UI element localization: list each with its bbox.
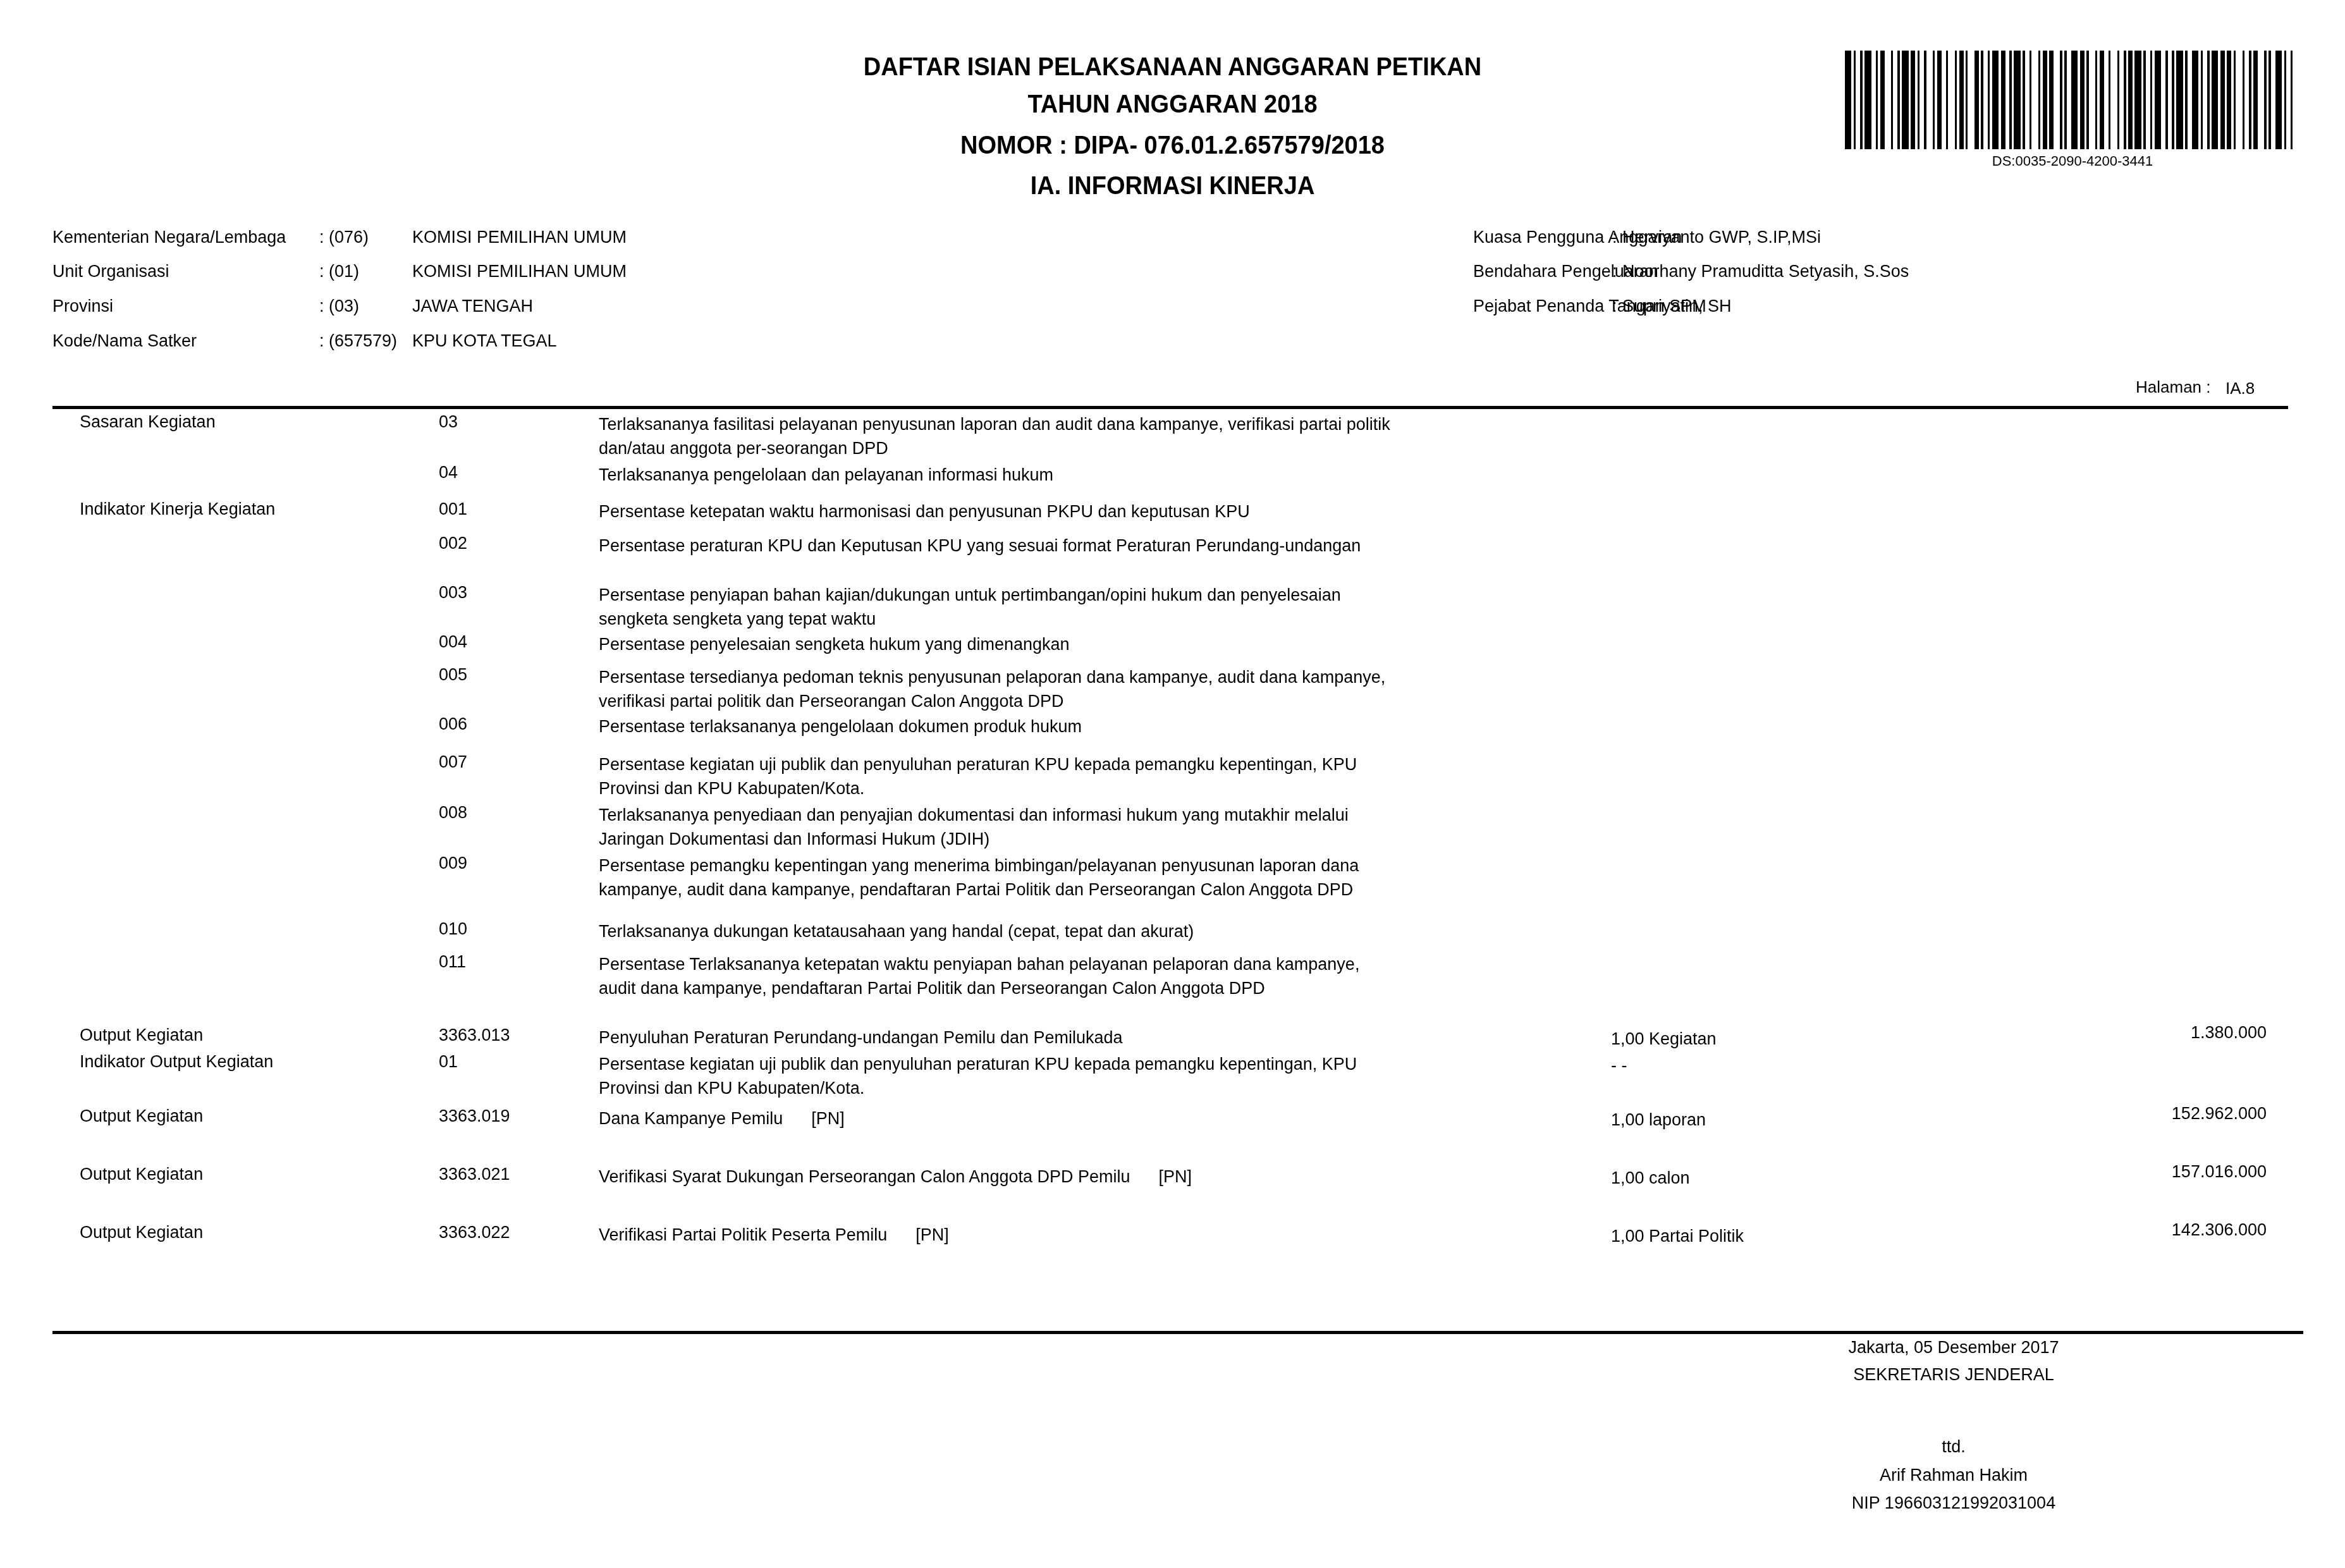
top-divider	[52, 406, 2288, 409]
barcode-bar	[2192, 51, 2198, 149]
row-description: Terlaksananya fasilitasi pelayanan penyu…	[599, 412, 1395, 460]
row-amount: 152.962.000	[2172, 1104, 2267, 1124]
barcode-bar	[2031, 51, 2038, 149]
row-code: 004	[439, 630, 467, 654]
barcode-bar	[1992, 51, 1999, 149]
barcode-bar	[2128, 51, 2133, 149]
barcode-bar	[1911, 51, 1915, 149]
info-code: : (01)	[319, 262, 359, 281]
info-code: : (076)	[319, 228, 369, 247]
barcode-bar	[2155, 51, 2161, 149]
barcode-bar	[2054, 51, 2060, 149]
barcode-bar	[2071, 51, 2078, 149]
info-code: : (657579)	[319, 331, 397, 351]
row-description: Persentase ketepatan waktu harmonisasi d…	[599, 499, 1395, 524]
barcode-bar	[1942, 51, 1946, 149]
row-description: Terlaksananya penyediaan dan penyajian d…	[599, 803, 1395, 851]
row-description: Persentase kegiatan uji publik dan penyu…	[599, 752, 1395, 800]
barcode-bar	[1919, 51, 1924, 149]
row-code: 3363.013	[439, 1023, 510, 1047]
barcode-bar	[2161, 51, 2165, 149]
row-category: Output Kegiatan	[80, 1023, 203, 1047]
info-separator: :	[1612, 262, 1617, 281]
row-code: 003	[439, 580, 467, 604]
row-category: Output Kegiatan	[80, 1104, 203, 1128]
barcode-bar	[2080, 51, 2085, 149]
info-label: Kode/Nama Satker	[52, 331, 197, 351]
row-code: 010	[439, 917, 467, 941]
row-code: 01	[439, 1050, 458, 1074]
row-amount: 157.016.000	[2172, 1162, 2267, 1182]
row-code: 03	[439, 410, 458, 434]
page-label: Halaman :	[2136, 377, 2211, 397]
row-volume: - -	[1611, 1053, 1627, 1077]
barcode-bar	[1902, 51, 1908, 149]
barcode-bar	[2014, 51, 2020, 149]
row-code: 04	[439, 460, 458, 484]
barcode-bar	[2049, 51, 2054, 149]
row-category: Sasaran Kegiatan	[80, 410, 216, 434]
row-volume: 1,00 laporan	[1611, 1108, 1706, 1132]
row-code: 002	[439, 531, 467, 555]
row-code: 3363.019	[439, 1104, 510, 1128]
row-code: 001	[439, 497, 467, 521]
row-amount: 1.380.000	[2191, 1023, 2267, 1043]
info-label: Provinsi	[52, 297, 113, 316]
row-category: Output Kegiatan	[80, 1162, 203, 1186]
row-description: Terlaksananya dukungan ketatausahaan yan…	[599, 919, 1395, 943]
signature-place-date: Jakarta, 05 Desember 2017	[1821, 1338, 2086, 1357]
signature-ttd: ttd.	[1821, 1437, 2086, 1457]
info-label: Kementerian Negara/Lembaga	[52, 228, 286, 247]
info-value: KOMISI PEMILIHAN UMUM	[412, 262, 627, 281]
row-volume: 1,00 Partai Politik	[1611, 1224, 1744, 1248]
barcode-bar	[1926, 51, 1933, 149]
row-code: 3363.022	[439, 1220, 510, 1244]
barcode-bar	[1959, 51, 1964, 149]
barcode-bar	[2236, 51, 2242, 149]
row-category: Indikator Kinerja Kegiatan	[80, 497, 275, 521]
barcode-bar	[1968, 51, 1974, 149]
info-value: JAWA TENGAH	[412, 297, 533, 316]
barcode-icon	[1845, 51, 2300, 149]
info-value: Supriyatin, SH	[1622, 297, 1732, 316]
row-description: Persentase kegiatan uji publik dan penyu…	[599, 1052, 1395, 1100]
barcode-bar	[1871, 51, 1876, 149]
barcode-bar	[2100, 51, 2104, 149]
row-code: 008	[439, 800, 467, 824]
row-code: 011	[439, 950, 466, 974]
barcode-bar	[2168, 51, 2172, 149]
row-volume: 1,00 Kegiatan	[1611, 1027, 1717, 1051]
barcode-bar	[1864, 51, 1871, 149]
barcode-bar	[2005, 51, 2010, 149]
row-volume: 1,00 calon	[1611, 1166, 1690, 1190]
barcode-bar	[2275, 51, 2282, 149]
barcode-bar	[2286, 51, 2291, 149]
page-number: IA.8	[2226, 379, 2255, 398]
row-code: 3363.021	[439, 1162, 510, 1186]
row-description: Persentase terlaksananya pengelolaan dok…	[599, 714, 1395, 738]
row-code: 006	[439, 712, 467, 736]
info-separator: :	[1612, 228, 1617, 247]
barcode-bar	[1975, 51, 1979, 149]
row-category: Indikator Output Kegiatan	[80, 1050, 273, 1074]
barcode-bar	[1948, 51, 1954, 149]
barcode-bar	[2258, 51, 2264, 149]
barcode-bar	[1885, 51, 1891, 149]
row-description: Persentase penyelesaian sengketa hukum y…	[599, 632, 1395, 656]
barcode-bar	[2253, 51, 2258, 149]
barcode-bar	[1856, 51, 1860, 149]
row-code: 005	[439, 663, 467, 687]
row-description: Verifikasi Syarat Dukungan Perseorangan …	[599, 1165, 1395, 1189]
row-description: Persentase tersedianya pedoman teknis pe…	[599, 665, 1395, 713]
row-description: Persentase peraturan KPU dan Keputusan K…	[599, 534, 1395, 558]
barcode-bar	[2067, 51, 2071, 149]
barcode-bar	[2244, 51, 2249, 149]
barcode-bar	[2001, 51, 2005, 149]
barcode-bar	[2134, 51, 2141, 149]
section-title: IA. INFORMASI KINERJA	[59, 172, 2287, 200]
info-label: Unit Organisasi	[52, 262, 169, 281]
barcode-bar	[1983, 51, 1988, 149]
signature-name: Arif Rahman Hakim	[1821, 1466, 2086, 1485]
barcode-bar	[2119, 51, 2124, 149]
barcode-bar	[2203, 51, 2207, 149]
barcode-bar	[2188, 51, 2192, 149]
info-value: KPU KOTA TEGAL	[412, 331, 557, 351]
info-separator: :	[1612, 297, 1617, 316]
row-description: Penyuluhan Peraturan Perundang-undangan …	[599, 1026, 1395, 1050]
barcode-bar	[1937, 51, 1942, 149]
barcode-bar	[2025, 51, 2030, 149]
row-description: Persentase Terlaksananya ketepatan waktu…	[599, 952, 1395, 1000]
barcode-bar	[1845, 51, 1851, 149]
barcode-bar	[2271, 51, 2275, 149]
barcode-bar	[2220, 51, 2225, 149]
barcode-bar	[2293, 51, 2299, 149]
barcode-bar	[2043, 51, 2047, 149]
row-description: Verifikasi Partai Politik Peserta Pemilu…	[599, 1223, 1395, 1247]
row-code: 009	[439, 851, 467, 875]
row-category: Output Kegiatan	[80, 1220, 203, 1244]
barcode-bar	[1880, 51, 1885, 149]
info-value: Noorhany Pramuditta Setyasih, S.Sos	[1622, 262, 1909, 281]
info-code: : (03)	[319, 297, 359, 316]
barcode-label: DS:0035-2090-4200-3441	[1845, 153, 2300, 169]
row-amount: 142.306.000	[2172, 1220, 2267, 1240]
info-value: KOMISI PEMILIHAN UMUM	[412, 228, 627, 247]
row-description: Persentase penyiapan bahan kajian/dukung…	[599, 583, 1395, 631]
row-description: Terlaksananya pengelolaan dan pelayanan …	[599, 463, 1395, 487]
info-value: Herviyanto GWP, S.IP,MSi	[1622, 228, 1821, 247]
barcode-bar	[2212, 51, 2218, 149]
signature-nip: NIP 196603121992031004	[1821, 1493, 2086, 1513]
row-description: Dana Kampanye Pemilu [PN]	[599, 1106, 1395, 1130]
barcode-bar	[2176, 51, 2183, 149]
bottom-divider	[52, 1331, 2303, 1334]
barcode-bar	[2089, 51, 2095, 149]
barcode-bar	[2227, 51, 2231, 149]
barcode-bar	[2110, 51, 2117, 149]
row-description: Persentase pemangku kepentingan yang men…	[599, 854, 1395, 902]
row-code: 007	[439, 750, 467, 774]
barcode-bar	[2104, 51, 2109, 149]
signature-position: SEKRETARIS JENDERAL	[1821, 1365, 2086, 1385]
barcode-bar	[1893, 51, 1897, 149]
barcode-bar	[2146, 51, 2150, 149]
